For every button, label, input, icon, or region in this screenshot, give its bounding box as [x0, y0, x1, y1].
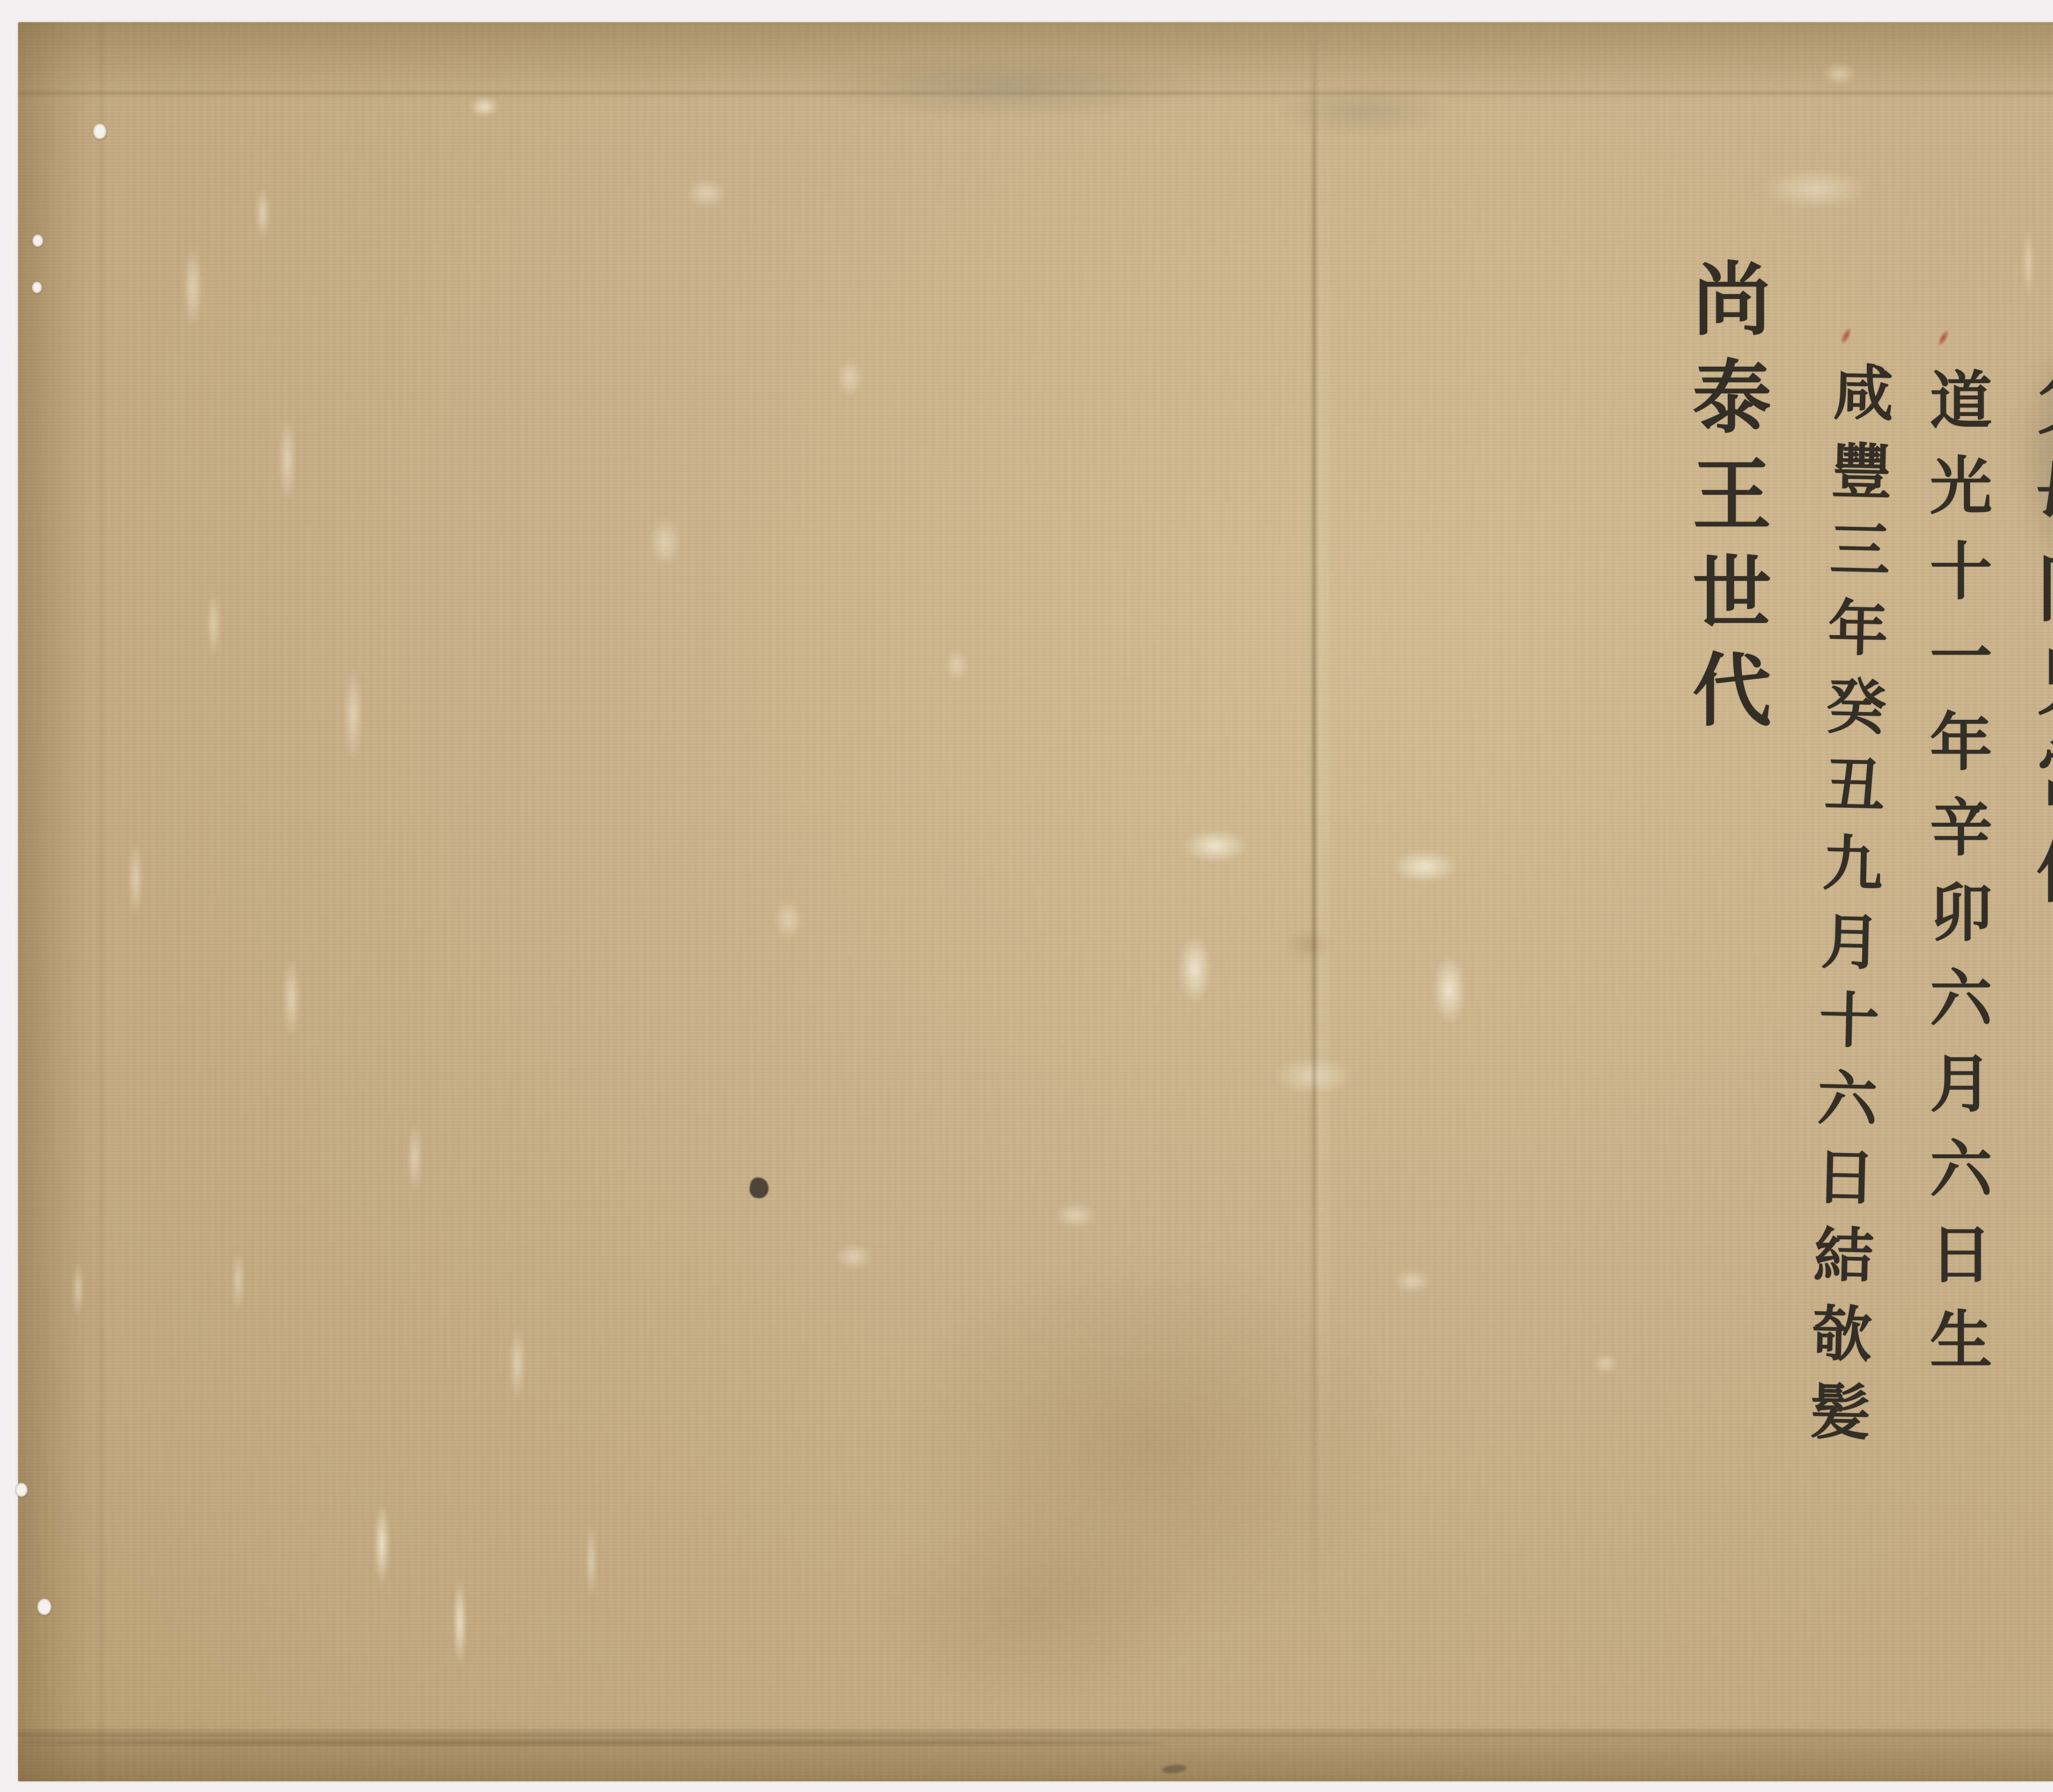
fold-highlight	[1317, 22, 1330, 1624]
worm-hole	[15, 1483, 28, 1497]
worm-hole	[37, 1599, 51, 1615]
worm-hole	[93, 124, 106, 139]
center-fold-crease	[1312, 22, 1316, 1656]
worm-hole	[32, 282, 42, 293]
text-column-birth-date: 道光十一年辛卯六月六日生	[1911, 368, 2000, 1392]
text-column-parents: 父母同兄常位	[2015, 363, 2053, 925]
text-column-royal-era: 尚泰王世代	[1668, 258, 1781, 747]
scanned-manuscript-page: 常晶狩俣仁也 童名宇増呂 父母同兄常位 道光十一年辛卯六月六日生 咸豐三年癸丑九…	[0, 0, 2053, 1792]
worm-hole	[32, 234, 43, 247]
